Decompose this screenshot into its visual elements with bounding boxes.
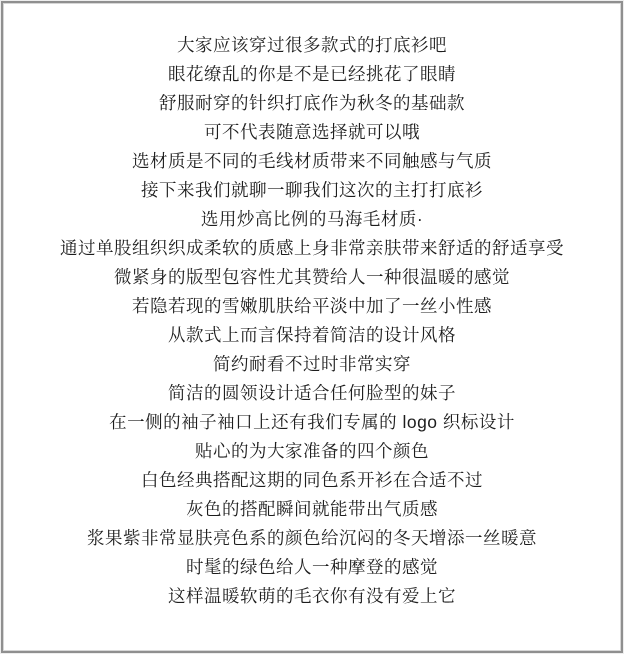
text-line: 这样温暖软萌的毛衣你有没有爱上它 bbox=[0, 582, 624, 611]
text-line: 通过单股组织织成柔软的质感上身非常亲肤带来舒适的舒适享受 bbox=[0, 234, 624, 263]
text-line: 选用炒高比例的马海毛材质· bbox=[0, 205, 624, 234]
page-frame: 大家应该穿过很多款式的打底衫吧眼花缭乱的你是不是已经挑花了眼睛舒服耐穿的针织打底… bbox=[0, 0, 624, 654]
text-line: 接下来我们就聊一聊我们这次的主打打底衫 bbox=[0, 176, 624, 205]
text-line: 微紧身的版型包容性尤其赞给人一种很温暖的感觉 bbox=[0, 263, 624, 292]
text-line: 简约耐看不过时非常实穿 bbox=[0, 350, 624, 379]
text-line: 贴心的为大家准备的四个颜色 bbox=[0, 437, 624, 466]
text-line: 选材质是不同的毛线材质带来不同触感与气质 bbox=[0, 147, 624, 176]
text-block: 大家应该穿过很多款式的打底衫吧眼花缭乱的你是不是已经挑花了眼睛舒服耐穿的针织打底… bbox=[0, 31, 624, 611]
text-line: 简洁的圆领设计适合任何脸型的妹子 bbox=[0, 379, 624, 408]
text-line: 白色经典搭配这期的同色系开衫在合适不过 bbox=[0, 466, 624, 495]
text-line: 可不代表随意选择就可以哦 bbox=[0, 118, 624, 147]
text-line: 时髦的绿色给人一种摩登的感觉 bbox=[0, 553, 624, 582]
text-line: 眼花缭乱的你是不是已经挑花了眼睛 bbox=[0, 60, 624, 89]
text-line: 若隐若现的雪嫩肌肤给平淡中加了一丝小性感 bbox=[0, 292, 624, 321]
text-line: 灰色的搭配瞬间就能带出气质感 bbox=[0, 495, 624, 524]
text-line: 舒服耐穿的针织打底作为秋冬的基础款 bbox=[0, 89, 624, 118]
text-line: 从款式上而言保持着简洁的设计风格 bbox=[0, 321, 624, 350]
text-line: 在一侧的袖子袖口上还有我们专属的 logo 织标设计 bbox=[0, 408, 624, 437]
text-line: 浆果紫非常显肤亮色系的颜色给沉闷的冬天增添一丝暖意 bbox=[0, 524, 624, 553]
text-line: 大家应该穿过很多款式的打底衫吧 bbox=[0, 31, 624, 60]
